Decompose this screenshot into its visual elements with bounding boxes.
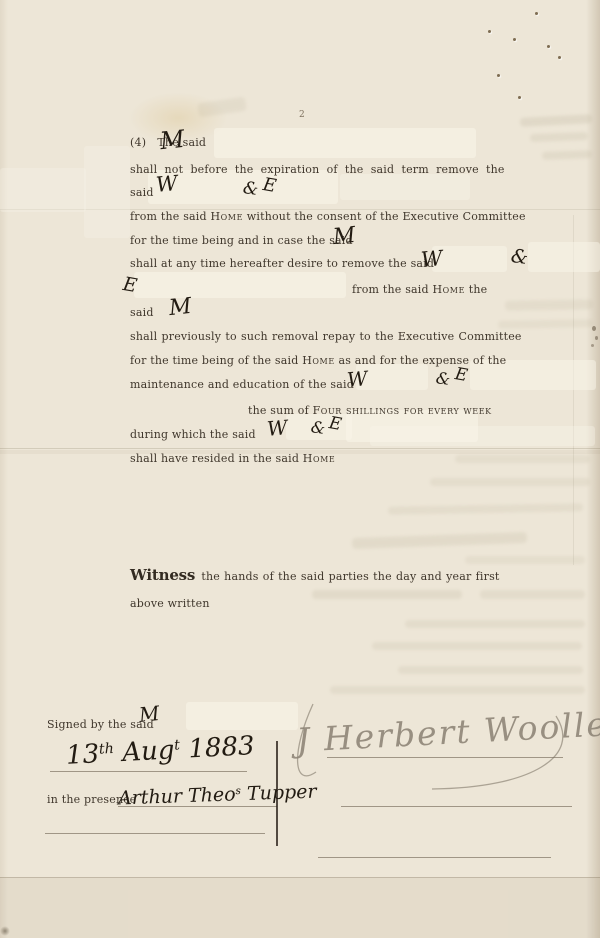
printed-line: shall previously to such removal repay t…: [130, 330, 522, 344]
printed-text: without the consent of the Executive Com…: [243, 210, 526, 223]
initial-m: M: [168, 294, 193, 321]
printed-text: shall not before the expiration of the s…: [130, 163, 505, 176]
bleed-through-smudge: [312, 590, 462, 599]
erasure-patch: [340, 174, 470, 200]
witness-signature-tupper: Arthur Theos Tupper: [118, 781, 317, 810]
printed-text: during which the said: [130, 428, 256, 441]
printed-text: said: [130, 186, 154, 199]
scanned-document-page: 2 (4) The saidshall not before the expir…: [0, 0, 600, 938]
bleed-through-smudge: [330, 686, 585, 694]
bleed-through-smudge: [530, 132, 588, 142]
bleed-through-smudge: [498, 319, 593, 329]
printed-text: from the said: [352, 283, 432, 296]
bleed-through-smudge: [372, 642, 582, 650]
witness-clause: Witness the hands of the said parties th…: [130, 568, 500, 584]
bleed-through-smudge: [480, 590, 585, 599]
printed-line: above written: [130, 597, 210, 611]
small-caps-text: Home: [302, 354, 335, 367]
initial-w: W: [266, 415, 289, 441]
printed-line: during which the said: [130, 428, 256, 442]
blank-rule-left: [45, 833, 265, 834]
initial-w: W: [420, 246, 444, 272]
initial-m: M: [332, 223, 357, 250]
ampersand: &: [242, 178, 260, 200]
pin-hole: [488, 30, 491, 33]
printed-text: shall have resided in the said: [130, 452, 303, 465]
ampersand: &: [310, 417, 327, 438]
small-caps-text: Home: [210, 210, 243, 223]
fold-speck: [595, 336, 598, 340]
signed-by-line: Signed by the said: [47, 718, 154, 732]
bleed-through-smudge: [520, 114, 592, 127]
initial-e: E: [453, 364, 469, 386]
page-number: 2: [299, 110, 305, 120]
handwritten-text: th: [99, 741, 115, 758]
bleed-through-smudge: [405, 620, 585, 628]
fold-speck: [592, 326, 596, 331]
corner-blemish: [0, 926, 10, 936]
ampersand: &: [510, 245, 530, 269]
printed-text: maintenance and education of the said: [130, 378, 354, 391]
gothic-word: Witness: [130, 566, 195, 584]
erasure-patch: [370, 426, 595, 446]
bleed-through-smudge: [430, 478, 590, 486]
bleed-through-smudge: [398, 666, 583, 674]
bleed-through-smudge: [505, 299, 593, 311]
handwritten-text: Arthur Theo: [118, 783, 236, 809]
pin-hole: [497, 74, 500, 77]
pin-hole: [547, 45, 550, 48]
ampersand: &: [435, 368, 452, 389]
initial-m: M: [159, 125, 186, 155]
handwritten-text: 1883: [179, 731, 255, 765]
printed-line: for the time being and in case the said: [130, 234, 353, 248]
date-rule: [50, 771, 247, 772]
paper-edge-shadow-left: [0, 0, 8, 938]
pin-hole: [558, 56, 561, 59]
pin-hole: [518, 96, 521, 99]
bleed-through-smudge: [465, 556, 585, 564]
printed-text: above written: [130, 597, 210, 610]
blank-rule-right-1: [341, 806, 572, 807]
bleed-through-smudge: [455, 455, 590, 463]
paper-edge-shadow-right: [586, 0, 600, 938]
printed-line: said: [130, 186, 154, 200]
printed-text: the: [465, 283, 487, 296]
printed-line: from the said Home the: [352, 283, 487, 297]
blank-rule-right-2: [318, 857, 551, 858]
erasure-patch: [84, 146, 130, 238]
small-caps-text: Home: [303, 452, 336, 465]
printed-line: from the said Home without the consent o…: [130, 210, 526, 224]
printed-text: said: [130, 306, 154, 319]
printed-line: shall at any time hereafter desire to re…: [130, 257, 434, 271]
printed-text: the hands of the said parties the day an…: [197, 570, 499, 583]
small-caps-text: Home: [432, 283, 465, 296]
bleed-through-smudge: [352, 532, 527, 549]
printed-text: as and for the expense of the: [335, 354, 507, 367]
erasure-patch: [0, 168, 86, 212]
erasure-patch: [528, 242, 600, 272]
printed-text: Signed by the said: [47, 718, 154, 731]
erasure-patch: [134, 272, 346, 298]
bottom-fold-shading: [0, 877, 600, 938]
initial-w: W: [155, 171, 179, 197]
handwritten-text: 13: [65, 739, 100, 771]
printed-line: shall have resided in the said Home: [130, 452, 335, 466]
signature-rule: [327, 757, 563, 758]
date-handwritten: 13th Augt 1883: [65, 731, 255, 771]
printed-line: maintenance and education of the said: [130, 378, 354, 392]
printed-text: shall previously to such removal repay t…: [130, 330, 522, 343]
signature-herbert-woolley: J Herbert Woolley: [295, 703, 600, 759]
bleed-through-smudge: [542, 150, 592, 160]
initial-w: W: [346, 366, 369, 392]
printed-line: said: [130, 306, 154, 320]
handwritten-text: Tupper: [241, 781, 317, 806]
initial-m: M: [138, 701, 161, 727]
fold-crease-middle: [0, 448, 600, 449]
pin-hole: [513, 38, 516, 41]
printed-text: for the time being and in case the said: [130, 234, 353, 247]
printed-text: from the said: [130, 210, 210, 223]
bleed-through-smudge: [388, 503, 583, 514]
printed-line: for the time being of the said Home as a…: [130, 354, 506, 368]
printed-text: shall at any time hereafter desire to re…: [130, 257, 434, 270]
erasure-patch: [214, 128, 476, 158]
printed-line: shall not before the expiration of the s…: [130, 163, 505, 177]
pin-hole: [535, 12, 538, 15]
printed-text: for the time being of the said: [130, 354, 302, 367]
erasure-patch: [186, 702, 298, 730]
fold-speck: [591, 344, 594, 347]
handwritten-text: Aug: [113, 735, 175, 768]
